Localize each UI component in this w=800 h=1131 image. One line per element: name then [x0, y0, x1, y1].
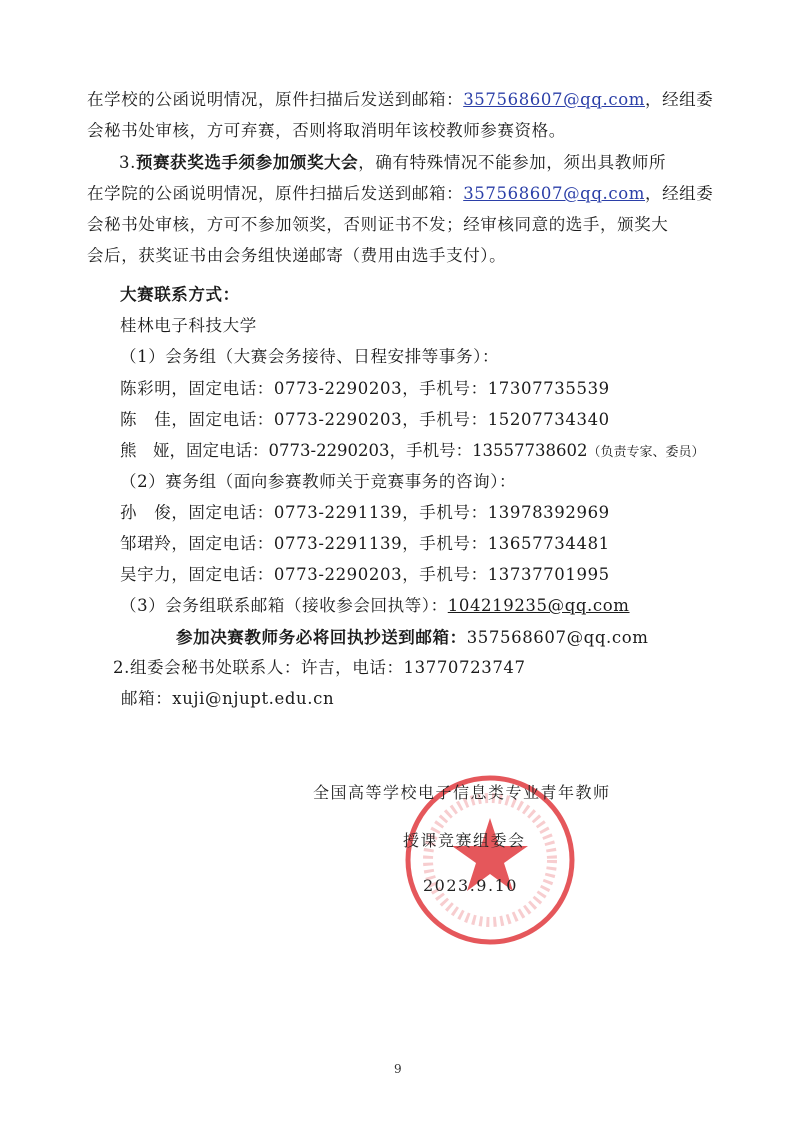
contact-row: 陈 佳，固定电话：0773-2290203，手机号：15207734340	[120, 409, 610, 431]
label: ，手机号：	[402, 379, 488, 398]
contact-row: 熊 娅，固定电话：0773-2290203，手机号：13557738602（负责…	[120, 440, 705, 464]
label: ，固定电话：	[171, 379, 274, 398]
landline-number: 0773-2290203	[274, 379, 402, 398]
mobile-number: 13737701995	[488, 565, 610, 584]
text: ，确有特殊情况不能参加，须出具教师所	[358, 153, 666, 172]
bold-text: 预赛获奖选手须参加颁奖大会	[136, 153, 358, 172]
landline-number: 0773-2290203	[274, 410, 402, 429]
paragraph-1-line-2: 会秘书处审核，方可弃赛，否则将取消明年该校教师参赛资格。	[87, 120, 566, 142]
page-number: 9	[394, 1062, 402, 1076]
contact-row: 邹珺羚，固定电话：0773-2291139，手机号：13657734481	[120, 533, 610, 555]
contact-row: 吴宇力，固定电话：0773-2290203，手机号：13737701995	[120, 564, 610, 586]
label: ，固定电话：	[171, 503, 274, 522]
paragraph-2-line-1: 3.预赛获奖选手须参加颁奖大会，确有特殊情况不能参加，须出具教师所	[119, 152, 666, 174]
group-2-title: （2）赛务组（面向参赛教师关于竞赛事务的咨询）：	[120, 471, 516, 493]
label: ，手机号：	[402, 503, 488, 522]
contact-name: 熊 娅	[120, 441, 170, 460]
contact-name: 陈 佳	[120, 410, 171, 429]
paragraph-2-line-2: 在学院的公函说明情况，原件扫描后发送到邮箱：357568607@qq.com，经…	[87, 183, 713, 205]
mobile-number: 13657734481	[488, 534, 610, 553]
secretariat-email: 邮箱：xuji@njupt.edu.cn	[121, 688, 334, 710]
organizer-name-line-1: 全国高等学校电子信息类专业青年教师	[313, 780, 611, 803]
label: ，手机号：	[402, 534, 488, 553]
landline-number: 0773-2291139	[274, 534, 402, 553]
landline-number: 0773-2290203	[269, 441, 390, 460]
paragraph-2-line-3: 会秘书处审核，方可不参加领奖，否则证书不发；经审核同意的选手，颁奖大	[87, 214, 668, 236]
item-number: 3.	[119, 153, 136, 172]
final-notice: 参加决赛教师务必将回执抄送到邮箱：357568607@qq.com	[176, 627, 648, 649]
label: ，手机号：	[390, 441, 473, 460]
label: ，手机号：	[402, 565, 488, 584]
group-1-title: （1）会务组（大赛会务接待、日程安排等事务）：	[120, 346, 499, 368]
signature-date: 2023.9.10	[423, 876, 518, 895]
email-link[interactable]: 357568607@qq.com	[463, 184, 645, 203]
contact-note: （负责专家、委员）	[588, 445, 705, 460]
mobile-number: 17307735539	[488, 379, 610, 398]
organizer-name-line-2: 授课竞赛组委会	[403, 828, 526, 851]
email-link[interactable]: 104219235@qq.com	[448, 596, 630, 615]
mobile-number: 15207734340	[488, 410, 610, 429]
mobile-number: 13978392969	[488, 503, 610, 522]
label: ，固定电话：	[171, 534, 274, 553]
contact-name: 孙 俊	[120, 503, 171, 522]
contact-row: 陈彩明，固定电话：0773-2290203，手机号：17307735539	[120, 378, 610, 400]
mobile-number: 13557738602	[472, 441, 587, 460]
paragraph-2-line-4: 会后，获奖证书由会务组快递邮寄（费用由选手支付）。	[87, 245, 506, 267]
contact-heading: 大赛联系方式：	[120, 284, 240, 306]
label: ，固定电话：	[171, 565, 274, 584]
paragraph-1-line-1: 在学校的公函说明情况，原件扫描后发送到邮箱：357568607@qq.com，经…	[87, 89, 713, 111]
text: 在学校的公函说明情况，原件扫描后发送到邮箱：	[87, 90, 463, 109]
university-name: 桂林电子科技大学	[120, 315, 257, 337]
text: 在学院的公函说明情况，原件扫描后发送到邮箱：	[87, 184, 463, 203]
contact-name: 邹珺羚	[120, 534, 171, 553]
label: ，手机号：	[402, 410, 488, 429]
contact-name: 吴宇力	[120, 565, 171, 584]
email-link[interactable]: 357568607@qq.com	[463, 90, 645, 109]
contact-row: 孙 俊，固定电话：0773-2291139，手机号：13978392969	[120, 502, 610, 524]
label: ，固定电话：	[171, 410, 274, 429]
group-3-row: （3）会务组联系邮箱（接收参会回执等）：104219235@qq.com	[120, 595, 630, 617]
document-page: 在学校的公函说明情况，原件扫描后发送到邮箱：357568607@qq.com，经…	[0, 0, 800, 1131]
email-text: 357568607@qq.com	[467, 628, 649, 647]
secretariat-contact: 2.组委会秘书处联系人：许吉，电话：13770723747	[113, 657, 526, 679]
text: ，经组委	[645, 184, 713, 203]
group-3-label: （3）会务组联系邮箱（接收参会回执等）：	[120, 596, 448, 615]
contact-name: 陈彩明	[120, 379, 171, 398]
landline-number: 0773-2291139	[274, 503, 402, 522]
text: ，经组委	[645, 90, 713, 109]
label: ，固定电话：	[170, 441, 269, 460]
landline-number: 0773-2290203	[274, 565, 402, 584]
bold-text: 参加决赛教师务必将回执抄送到邮箱：	[176, 628, 467, 647]
